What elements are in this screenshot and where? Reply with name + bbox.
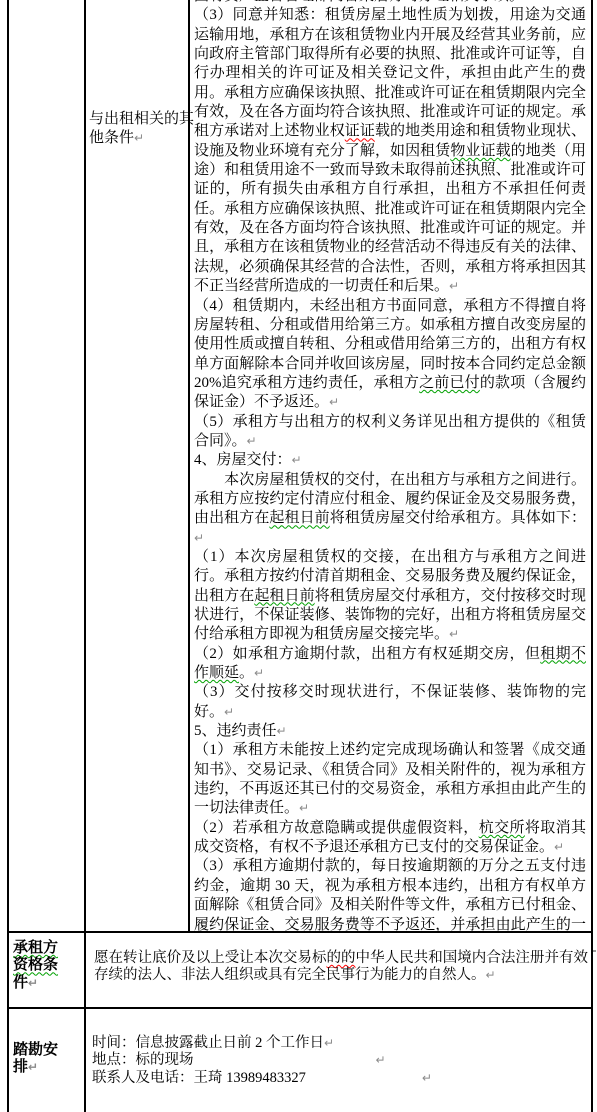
text-segment: （3）承租方逾期付款的，每日按逾期额的万分之五支付违约金，逾期 30 天，视为承… <box>194 858 586 931</box>
spellcheck-red-text: 的的 <box>326 950 355 966</box>
pilcrow-mark: ↵ <box>277 724 287 738</box>
pilcrow-mark: ↵ <box>329 395 339 409</box>
text-segment: 4、房屋交付： <box>194 452 292 468</box>
text-segment: 时间：信息披露截止日前 2 个工作日 <box>92 1035 324 1051</box>
table-border-right <box>591 0 593 1112</box>
document-page: 与出租相关的其他条件↵ 国有资产监督管理部门备案后方可办理相关手续。↵（3）同意… <box>0 0 597 1112</box>
paragraph: （3）承租方逾期付款的，每日按逾期额的万分之五支付违约金，逾期 30 天，视为承… <box>194 857 586 931</box>
table-border-left <box>7 0 9 1112</box>
pilcrow-mark: ↵ <box>254 666 264 680</box>
text-segment: 件 <box>13 975 28 991</box>
table-border-row1-bottom <box>7 931 593 933</box>
spellcheck-green-text: 杭交所 <box>479 820 525 836</box>
paragraph: （3）同意并知悉：租赁房屋土地性质为划拨，用途为交通运输用地，承租方在该租赁物业… <box>194 6 586 296</box>
row-label-qualification: 承租方资格条件↵ <box>13 940 65 992</box>
tab-space <box>194 1063 376 1064</box>
spellcheck-green-text: 起租日前 <box>254 588 314 604</box>
text-segment: （2）如承租方逾期付款，出租方有权延期交房，但 <box>194 646 540 662</box>
spellcheck-green-text: 承租方资格条 <box>13 940 58 973</box>
spellcheck-red-text: 证证 <box>345 123 375 139</box>
pilcrow-mark: ↵ <box>449 627 459 641</box>
row-label-survey: 踏勘安排↵ <box>13 1042 65 1077</box>
cell-other-conditions-text: 国有资产监督管理部门备案后方可办理相关手续。↵（3）同意并知悉：租赁房屋土地性质… <box>194 0 586 931</box>
pilcrow-mark: ↵ <box>524 0 534 3</box>
paragraph: （4）租赁期内，未经出租方书面同意，承租方不得擅自将房屋转租、分租或借用给第三方… <box>194 297 586 413</box>
paragraph: （3）交付按移交时现状进行，不保证装修、装饰物的完好。↵ <box>194 683 586 722</box>
pilcrow-mark: ↵ <box>376 1053 386 1067</box>
paragraph: 地点：标的现场↵ <box>92 1052 592 1069</box>
pilcrow-mark: ↵ <box>554 840 564 854</box>
spellcheck-green-text: 物业证载 <box>450 143 510 159</box>
pilcrow-mark: ↵ <box>299 801 309 815</box>
paragraph: 4、房屋交付：↵ <box>194 451 586 470</box>
paragraph: 本次房屋租赁权的交付，在出租方与承租方之间进行。承租方应按约定付清应付租金、履约… <box>194 471 586 548</box>
text-segment: 地点：标的现场 <box>92 1052 194 1068</box>
paragraph: （1）承租方未能按上述约定完成现场确认和签署《成交通知书》、交易记录、《租赁合同… <box>194 741 586 818</box>
spellcheck-green-text: 之前已付 <box>419 375 480 391</box>
pilcrow-mark: ↵ <box>422 1071 432 1085</box>
paragraph: （2）若承租方故意隐瞒或提供虚假资料，杭交所将取消其成交资格，有权不予退还承租方… <box>194 819 586 858</box>
pilcrow-mark: ↵ <box>28 976 38 990</box>
pilcrow-mark: ↵ <box>247 434 257 448</box>
pilcrow-mark: ↵ <box>28 1060 38 1074</box>
text-segment: 国有资产监督管理部门备案后方可办理相关手续。 <box>194 0 524 4</box>
text-segment: 将租赁房屋交付给承租方。具体如下： <box>330 510 586 526</box>
paragraph: 承租方资格条件↵ <box>13 940 65 992</box>
paragraph: （1）本次房屋租赁权的交接，在出租方与承租方之间进行。承租方按约付清首期租金、交… <box>194 548 586 645</box>
paragraph: （2）如承租方逾期付款，出租方有权延期交房，但租期不作顺延。↵ <box>194 645 586 684</box>
paragraph: 时间：信息披露截止日前 2 个工作日↵ <box>92 1035 592 1052</box>
pilcrow-mark: ↵ <box>194 531 204 545</box>
paragraph: 愿在转让底价及以上受让本次交易标的的中华人民共和国境内合法注册并有效存续的法人、… <box>94 950 588 985</box>
margin-change-mark <box>593 950 596 952</box>
pilcrow-mark: ↵ <box>292 453 302 467</box>
text-segment: 联系人及电话：王琦 13989483327 <box>92 1070 306 1086</box>
text-segment: 。 <box>239 665 254 681</box>
paragraph: （5）承租方与出租方的权利义务详见出租方提供的《租赁合同》。↵ <box>194 413 586 452</box>
table-border-row2-bottom <box>7 1007 593 1009</box>
cell-qualification-text: 愿在转让底价及以上受让本次交易标的的中华人民共和国境内合法注册并有效存续的法人、… <box>94 950 588 985</box>
cell-survey-text: 时间：信息披露截止日前 2 个工作日↵地点：标的现场↵联系人及电话：王琦 139… <box>92 1035 592 1087</box>
text-segment: （2）若承租方故意隐瞒或提供虚假资料， <box>194 820 479 836</box>
pilcrow-mark: ↵ <box>324 1036 334 1050</box>
pilcrow-mark: ↵ <box>224 705 234 719</box>
paragraph: 5、违约责任↵ <box>194 722 586 741</box>
text-segment: （1）承租方未能按上述约定完成现场确认和签署《成交通知书》、交易记录、《租赁合同… <box>194 742 586 816</box>
table-border-col1 <box>84 0 86 1112</box>
paragraph: 联系人及电话：王琦 13989483327↵ <box>92 1070 592 1087</box>
text-segment: 愿在转让底价及以上受让本次交易标 <box>94 950 326 966</box>
pilcrow-mark: ↵ <box>449 279 459 293</box>
tab-space <box>306 1081 422 1082</box>
text-segment: 的地类（用途）和租赁用途不一致而导致未取得前述执照、批准或许可证的，所有损失由承… <box>194 143 586 294</box>
text-segment: 5、违约责任 <box>194 723 277 739</box>
paragraph: 踏勘安排↵ <box>13 1042 65 1077</box>
pilcrow-mark: ↵ <box>486 968 496 982</box>
paragraph: 与出租相关的其他条件↵ <box>89 110 197 149</box>
text-segment: （3）同意并知悉：租赁房屋土地性质为划拨，用途为交通运输用地，承租方在该租赁物业… <box>194 7 586 139</box>
pilcrow-mark: ↵ <box>134 131 144 145</box>
row-label-other-conditions: 与出租相关的其他条件↵ <box>89 110 197 149</box>
spellcheck-green-text: 起租日前 <box>269 510 329 526</box>
text-segment: （3）交付按移交时现状进行，不保证装修、装饰物的完好。 <box>194 684 586 719</box>
